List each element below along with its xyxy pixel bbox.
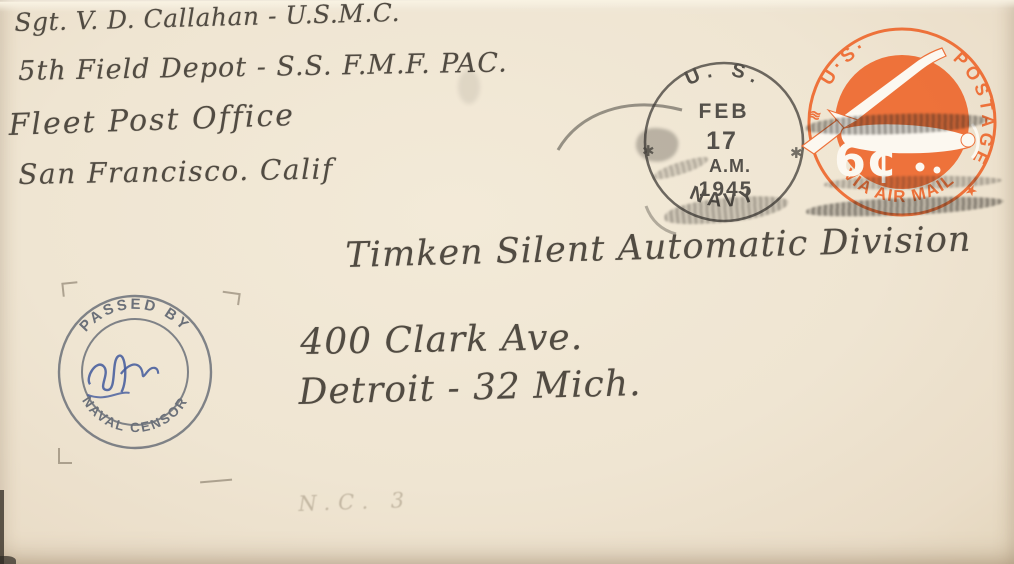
corner-tick [200, 477, 232, 484]
signature-stroke [86, 355, 128, 396]
recipient-address-line-1: Timken Silent Automatic Division [345, 220, 972, 276]
postmark-day: 17 [706, 127, 738, 155]
envelope: Sgt. V. D. Callahan - U.S.M.C. 5th Field… [0, 0, 1014, 564]
censor-signature [83, 351, 161, 400]
postmark-arc-top: U. S. [682, 59, 768, 91]
airplane-wheel [915, 162, 925, 172]
recipient-address-line-2: 400 Clark Ave. [300, 317, 583, 363]
airplane-wheel [933, 166, 941, 174]
censor-stamp: PASSED BY NAVAL CENSOR [55, 292, 215, 452]
censor-arc-bottom: NAVAL CENSOR [79, 394, 191, 436]
return-address-line-3: Fleet Post Office [8, 98, 296, 143]
faint-pencil-note: N.C. 3 [298, 488, 413, 516]
return-address-line-2: 5th Field Depot - S.S. F.M.F. PAC. [18, 47, 508, 87]
scan-corner-shadow [0, 556, 16, 564]
recipient-address-line-3: Detroit - 32 Mich. [298, 363, 642, 413]
censor-arc-top: PASSED BY [76, 296, 193, 335]
faint-stain [458, 70, 480, 104]
scan-edge-shadow [0, 490, 4, 564]
postmark-month: FEB [699, 100, 750, 123]
postmark-meridiem: A.M. [709, 156, 751, 176]
corner-tick [221, 291, 240, 305]
return-address-line-1: Sgt. V. D. Callahan - U.S.M.C. [14, 0, 400, 37]
return-address-line-4: San Francisco. Calif [18, 152, 334, 191]
airplane-engine [961, 133, 975, 147]
corner-tick [61, 281, 78, 297]
corner-tick [58, 448, 72, 464]
